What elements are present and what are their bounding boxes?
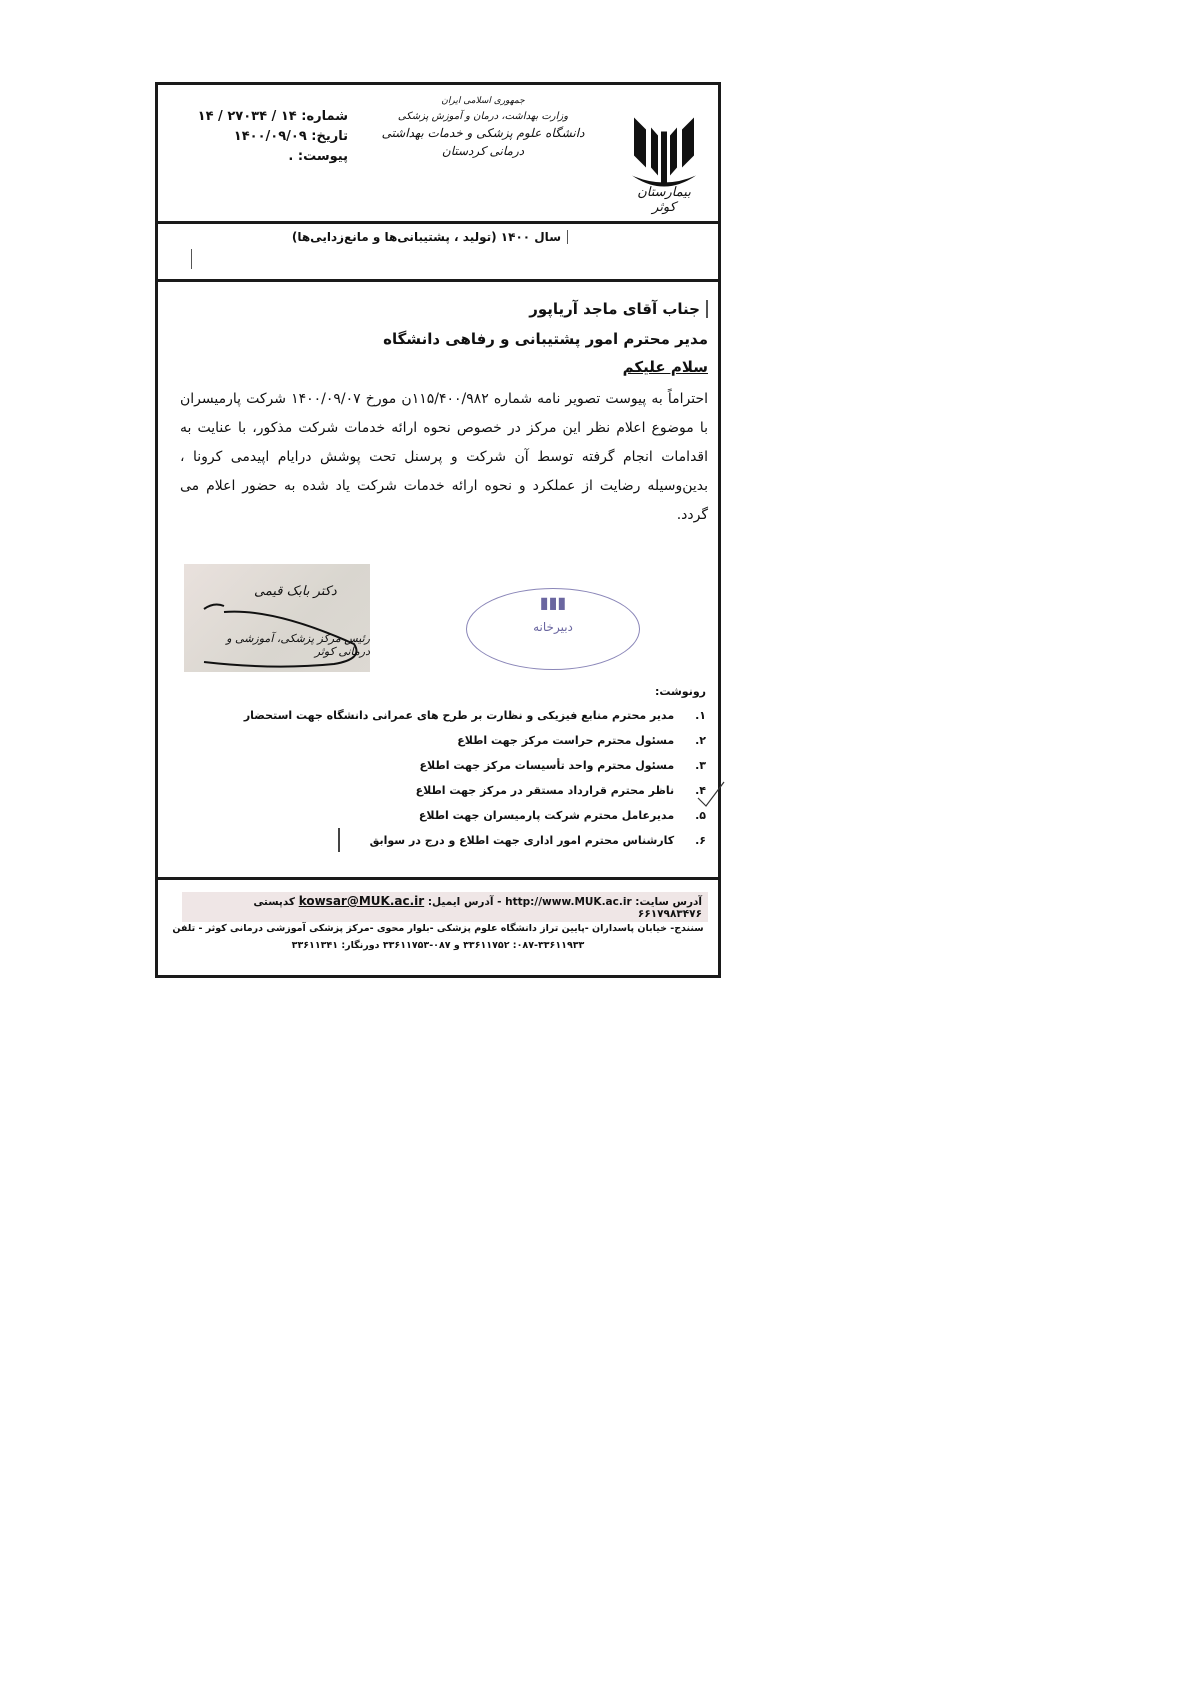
- letter-body: جناب آقای ماجد آریاپور مدیر محترم امور پ…: [158, 282, 718, 872]
- address-block: سنندج- خیابان پاسداران -پایین تراز دانشگ…: [168, 920, 708, 954]
- stamp-text: دبیرخانه: [467, 620, 639, 634]
- email-link[interactable]: kowsar@MUK.ac.ir: [299, 894, 425, 908]
- letterhead: بیمارستان کوثر جمهوری اسلامی ایران وزارت…: [158, 85, 718, 224]
- cc-title: رونوشت:: [655, 685, 706, 698]
- cc-item: ۱. مدیر محترم منابع فیزیکی و نظارت بر طر…: [244, 703, 706, 728]
- cc-item: ۵. مدیرعامل محترم شرکت پارمیسران جهت اطل…: [244, 803, 706, 828]
- letter-number: شماره: ۱۴ / ۲۷۰۳۴ / ۱۴: [188, 107, 348, 127]
- addressee-name: جناب آقای ماجد آریاپور: [529, 300, 708, 318]
- logo-caption: بیمارستان کوثر: [624, 185, 704, 215]
- stamp-logo-icon: ▮▮▮: [467, 593, 639, 612]
- checkmark-icon: [696, 780, 726, 810]
- letter-document: بیمارستان کوثر جمهوری اسلامی ایران وزارت…: [155, 82, 721, 978]
- divider: [338, 828, 340, 852]
- year-slogan-band: سال ۱۴۰۰ (تولید ، پشتیبانی‌ها و مانع‌زدا…: [158, 221, 718, 282]
- ministry-name: وزارت بهداشت، درمان و آموزش پزشکی: [368, 109, 598, 124]
- phone-line: ۰۸۷-۳۳۶۱۱۹۳۳: ۳۳۶۱۱۷۵۲ و ۰۸۷-۳۳۶۱۱۷۵۳ دو…: [168, 937, 708, 954]
- letter-footer: آدرس سایت: http://www.MUK.ac.ir - آدرس ا…: [158, 877, 718, 975]
- letter-date: تاریخ: ۱۴۰۰/۰۹/۰۹: [188, 127, 348, 147]
- contact-line: آدرس سایت: http://www.MUK.ac.ir - آدرس ا…: [182, 892, 708, 922]
- divider: [191, 249, 192, 269]
- letter-attachment: پیوست: .: [188, 147, 348, 167]
- ministry-heading: جمهوری اسلامی ایران وزارت بهداشت، درمان …: [368, 95, 598, 160]
- address-line: سنندج- خیابان پاسداران -پایین تراز دانشگ…: [168, 920, 708, 937]
- cc-item: ۴. ناظر محترم قرارداد مستقر در مرکز جهت …: [244, 778, 706, 803]
- secretariat-stamp: ▮▮▮ دبیرخانه: [466, 588, 640, 670]
- website-link[interactable]: http://www.MUK.ac.ir: [505, 896, 632, 908]
- greeting: سلام علیکم: [623, 358, 708, 376]
- country-name: جمهوری اسلامی ایران: [368, 95, 598, 109]
- addressee-title: مدیر محترم امور پشتیبانی و رفاهی دانشگاه: [383, 330, 708, 348]
- cc-item: ۶. کارشناس محترم امور اداری جهت اطلاع و …: [244, 828, 706, 853]
- university-name: دانشگاه علوم پزشکی و خدمات بهداشتی درمان…: [368, 124, 598, 160]
- postal-code: ۶۶۱۷۹۸۳۴۷۶: [638, 908, 702, 920]
- year-slogan: سال ۱۴۰۰ (تولید ، پشتیبانی‌ها و مانع‌زدا…: [292, 230, 568, 244]
- cc-item: ۳. مسئول محترم واحد تأسیسات مرکز جهت اطل…: [244, 753, 706, 778]
- letter-meta: شماره: ۱۴ / ۲۷۰۳۴ / ۱۴ تاریخ: ۱۴۰۰/۰۹/۰۹…: [188, 107, 348, 167]
- cc-item: ۲. مسئول محترم حراست مرکز جهت اطلاع: [244, 728, 706, 753]
- signatory-name: دکتر بابک قیمی: [254, 584, 337, 599]
- cc-list: ۱. مدیر محترم منابع فیزیکی و نظارت بر طر…: [244, 703, 706, 853]
- signatory-title: رئیس مرکز پزشکی، آموزشی و درمانی کوثر: [204, 632, 370, 658]
- letter-paragraph: احتراماً به پیوست تصویر نامه شماره ۱۱۵/۴…: [180, 385, 708, 530]
- signature-block: دکتر بابک قیمی رئیس مرکز پزشکی، آموزشی و…: [184, 564, 370, 672]
